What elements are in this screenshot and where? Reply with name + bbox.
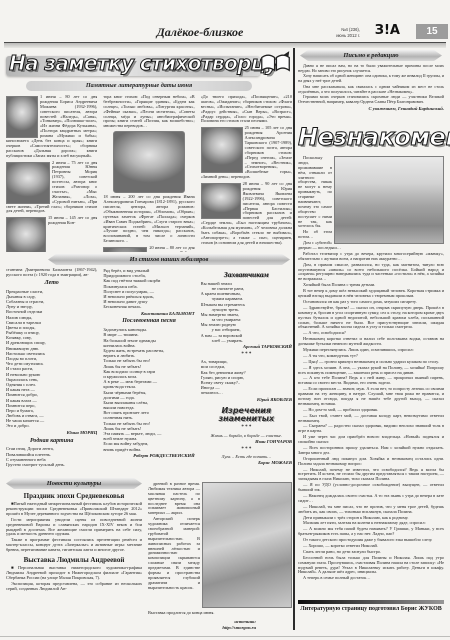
poem-title-leto: Лето [6, 280, 97, 288]
quote-mozhaev: Луга… Есть где попить… [201, 454, 292, 459]
dates-column-3: «До твоего прихода», «Посвящение», «210 … [201, 95, 292, 252]
house-photo [334, 156, 444, 244]
page-number: 15 [416, 24, 448, 39]
portrait-photo-mozhaev [6, 96, 38, 138]
author-yakovlev: Юрий ЯКОВЛЕВ [201, 397, 292, 403]
page-footer: Литературную страницу подготовил Борис Ж… [298, 600, 444, 614]
entry-balmont-cont: стантина Дмитриевича Бальмонта (1867-194… [6, 268, 97, 278]
poem-separator-1: * * * [201, 352, 292, 358]
portrait-photo-rozhdestvensky [103, 247, 147, 252]
portrait-photo-tarkovsky [201, 127, 243, 173]
poem-zahvatchikam: Вы нашей земли не считаете раем, А краем… [201, 281, 292, 343]
author-rozhdestvensky: Роберт РОЖДЕСТВЕНСКИЙ [103, 453, 194, 459]
portrait-photo-goncharov [113, 131, 185, 193]
source-url: http://smorgon.ru [148, 625, 256, 631]
issue-date: июнь 2012 г. [336, 33, 360, 39]
article-title-festival: Праздник эпохи Средневековья [8, 492, 140, 500]
feature-subtitle: Памятные литературные даты июня [26, 81, 252, 91]
newspaper-logo: З!А [375, 23, 400, 38]
quote-separator-2: * * * [201, 447, 292, 453]
portrait-photo-balmont [6, 217, 46, 252]
author-tarkovsky: Арсений ТАРКОВСКИЙ [201, 344, 292, 350]
poem-rodnaya-part2: Ряд берёз, и вид унылый Придорожного сто… [103, 268, 194, 310]
entry-balmont-books: тора книг стихов: «Под северным небом», … [103, 95, 194, 129]
left-region: На заметку стихотворцу Памятные литерату… [6, 48, 292, 632]
news-band: Новости культуры [6, 478, 142, 489]
poem-leto: Прекрасные сласти, Дыханья в саду, Собла… [6, 289, 97, 429]
footer-credit: Литературную страницу подготовил Борис Ж… [298, 604, 444, 614]
article-festival: ■Пятый ежегодный межрегиональный фестива… [6, 502, 142, 553]
dates-column-2: тора книг стихов: «Под северным небом», … [103, 95, 194, 252]
quote-goncharov: Жизнь — борьба, в борьбе — счастье. [201, 433, 292, 438]
quote-separator-1: * * * [201, 425, 292, 431]
literary-dates: 1 июня – 80 лет со дня рождения Бориса А… [6, 95, 292, 252]
feature-banner: На заметку стихотворцу [6, 48, 292, 81]
source-note: источник: http://smorgon.ru [148, 619, 292, 631]
bottom-rule [0, 636, 450, 637]
poem-title-pesnya: Послевоенная песня [103, 318, 194, 326]
story-title: Незнакомец [298, 123, 450, 151]
news-column-b: дреевой в разное время. Любимая техника … [148, 482, 292, 632]
letter-to-editor: Давно я не писал вам, но на то были уваж… [298, 64, 444, 122]
news-column-a: Новости культуры Праздник эпохи Средневе… [6, 478, 142, 632]
right-region: Письмо в редакцию Давно я не писал вам, … [298, 48, 444, 632]
feature-title: На заметку стихотворцу [9, 51, 277, 75]
poem-title-zahvatchikam: Захватчикам [201, 270, 292, 280]
entry-rozhdestvensky-cont: «До твоего прихода», «Посвящение», «210 … [201, 95, 292, 124]
portrait-photo-moritz [6, 162, 50, 204]
letter-signature: С уважением, Геннадий Бардинский. [298, 106, 444, 112]
author-moritz: Юнна МОРИЦ [6, 430, 97, 436]
quotes-section-title: Изречения знаменитых [201, 407, 292, 425]
poem-yakovlev: Ах, товарищи, мои соседки, Как без девчо… [201, 359, 292, 395]
book-icon [259, 50, 292, 76]
exhibition-end-note: Выставка продлится до конца июня. [148, 611, 292, 616]
entry-goncharov: 18 июня – 200 лет со дня рождения Ивана … [103, 195, 194, 244]
quote-author-goncharov: Иван ГОНЧАРОВ [201, 439, 292, 445]
letter-body: Давно я не писал вам, но на то были уваж… [298, 64, 444, 105]
quote-author-mozhaev: Борис МОЖАЕВ [201, 460, 292, 466]
newspaper-page: Далёкое-близкое №4 (236), июнь 2012 г. З… [0, 0, 450, 640]
author-balmont: Константин БАЛЬМОНТ [103, 311, 194, 317]
poems-column-2: Ряд берёз, и вид унылый Придорожного сто… [103, 268, 194, 476]
section-title: Далёкое-близкое [100, 25, 300, 40]
poem-rodnaya-part1: Стаи птиц. Дороги лента, Повалившийся пл… [6, 446, 97, 467]
poems-section: стантина Дмитриевича Бальмонта (1867-194… [6, 268, 292, 476]
dates-column-1: 1 июня – 80 лет со дня рождения Бориса А… [6, 95, 97, 252]
poem-title-rodnaya: Родная картина [6, 438, 97, 446]
poems-column-1: стантина Дмитриевича Бальмонта (1867-194… [6, 268, 97, 476]
story-stranger: Поскольку люди, проживавшие в нём, отвык… [298, 156, 444, 596]
issue-info: №4 (236), июнь 2012 г. [336, 27, 360, 38]
culture-news: Новости культуры Праздник эпохи Средневе… [6, 478, 292, 632]
letter-band: Письмо в редакцию [300, 50, 442, 61]
poems-section-band: Из стихов наших юбиляров [48, 254, 290, 265]
portrait-photo-yakovlev [201, 183, 241, 219]
painting-photo [202, 482, 292, 608]
article-title-exhibition: Выставка Людмилы Андреевой [8, 556, 140, 564]
article-exhibition-a: ■Персональная выставка нижегородского ху… [6, 566, 142, 591]
poems-column-3: Захватчикам Вы нашей земли не считаете р… [201, 268, 292, 476]
exhibition-wrap: дреевой в разное время. Любимая техника … [148, 482, 292, 610]
column-divider [293, 48, 295, 630]
poem-pesnya: Задохнулись канонады. В мире — тишина. Н… [103, 327, 194, 452]
